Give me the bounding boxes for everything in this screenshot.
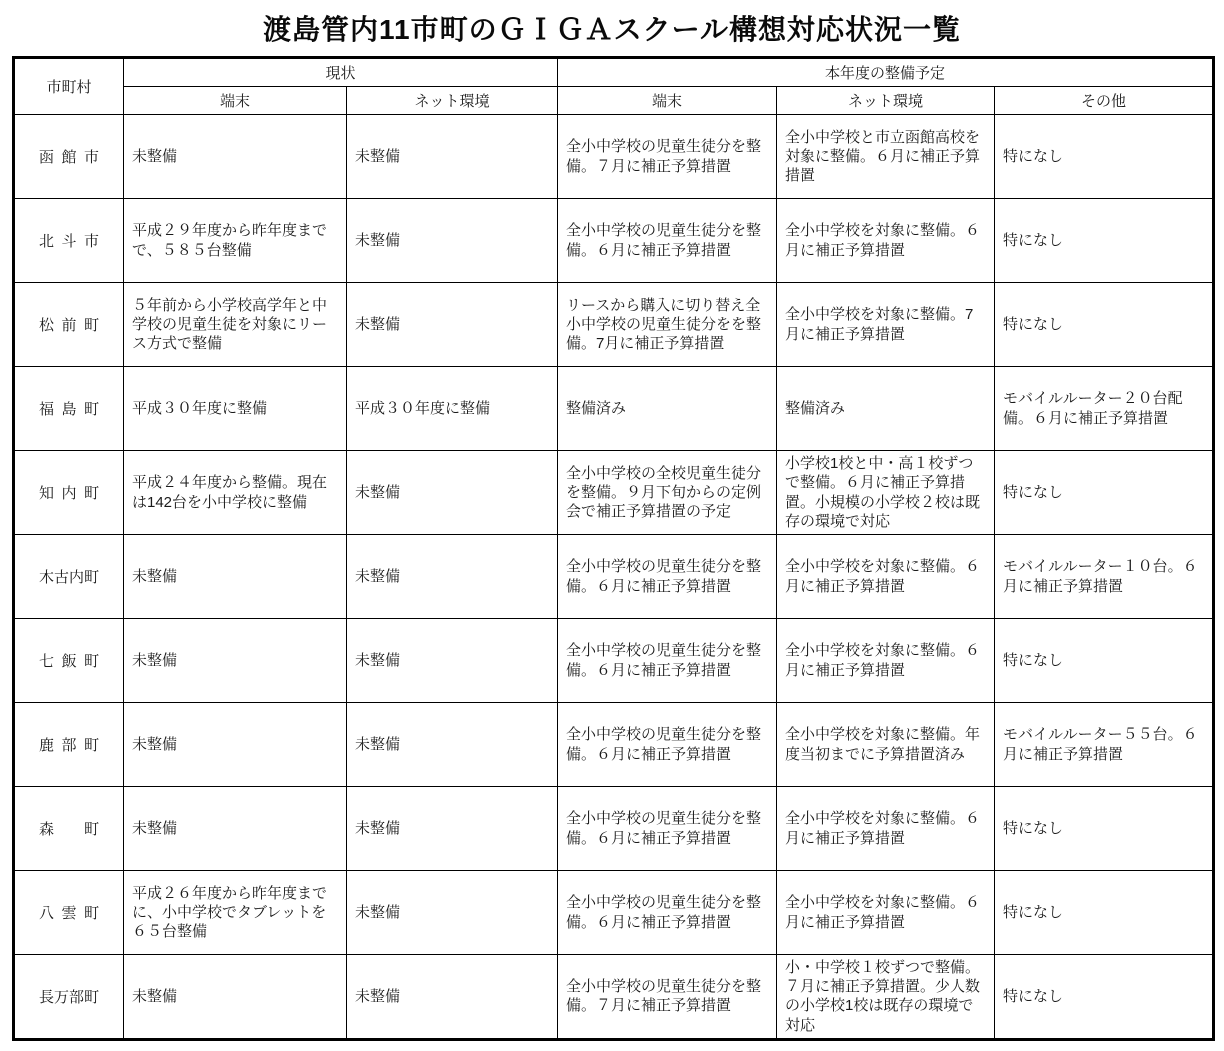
cell-current-device: 平成２６年度から昨年度までに、小中学校でタブレットを６５台整備 <box>124 871 347 955</box>
municipality-name: 長万部町 <box>39 986 99 1007</box>
cell-current-network: 未整備 <box>347 199 558 283</box>
cell-planned-device: 全小中学校の児童生徒分を整備。６月に補正予算措置 <box>558 871 777 955</box>
cell-other: 特になし <box>995 871 1214 955</box>
header-planned-network: ネット環境 <box>777 87 995 115</box>
cell-other: 特になし <box>995 619 1214 703</box>
table-row: 八雲町 平成２６年度から昨年度までに、小中学校でタブレットを６５台整備 未整備 … <box>14 871 1214 955</box>
municipality-name: 七飯町 <box>39 650 99 671</box>
cell-municipality: 福島町 <box>14 367 124 451</box>
cell-current-network: 未整備 <box>347 451 558 535</box>
cell-current-network: 未整備 <box>347 871 558 955</box>
cell-planned-device: 全小中学校の児童生徒分を整備。７月に補正予算措置 <box>558 115 777 199</box>
table-row: 鹿部町 未整備 未整備 全小中学校の児童生徒分を整備。６月に補正予算措置 全小中… <box>14 703 1214 787</box>
cell-current-device: 未整備 <box>124 535 347 619</box>
municipality-name: 森町 <box>39 818 99 839</box>
header-planned-device: 端末 <box>558 87 777 115</box>
municipality-name: 木古内町 <box>39 566 99 587</box>
document-page: 渡島管内11市町のＧＩＧＡスクール構想対応状況一覧 市町村 現状 本年度の整備予… <box>0 0 1224 1051</box>
cell-other: モバイルルーター１０台。６月に補正予算措置 <box>995 535 1214 619</box>
header-municipality: 市町村 <box>14 58 124 115</box>
cell-municipality: 七飯町 <box>14 619 124 703</box>
header-current-group: 現状 <box>124 58 558 87</box>
cell-municipality: 八雲町 <box>14 871 124 955</box>
cell-current-network: 未整備 <box>347 703 558 787</box>
cell-planned-network: 小学校1校と中・高１校ずつで整備。６月に補正予算措置。小規模の小学校２校は既存の… <box>777 451 995 535</box>
table-row: 木古内町 未整備 未整備 全小中学校の児童生徒分を整備。６月に補正予算措置 全小… <box>14 535 1214 619</box>
municipality-name: 函館市 <box>39 146 99 167</box>
cell-municipality: 松前町 <box>14 283 124 367</box>
cell-planned-network: 全小中学校を対象に整備。６月に補正予算措置 <box>777 787 995 871</box>
municipality-name: 知内町 <box>39 482 99 503</box>
cell-municipality: 鹿部町 <box>14 703 124 787</box>
cell-planned-device: 全小中学校の児童生徒分を整備。６月に補正予算措置 <box>558 703 777 787</box>
cell-planned-network: 全小中学校を対象に整備。年度当初までに予算措置済み <box>777 703 995 787</box>
table-row: 七飯町 未整備 未整備 全小中学校の児童生徒分を整備。６月に補正予算措置 全小中… <box>14 619 1214 703</box>
cell-planned-network: 全小中学校を対象に整備。６月に補正予算措置 <box>777 871 995 955</box>
table-row: 森町 未整備 未整備 全小中学校の児童生徒分を整備。６月に補正予算措置 全小中学… <box>14 787 1214 871</box>
cell-municipality: 森町 <box>14 787 124 871</box>
municipality-name: 北斗市 <box>39 230 99 251</box>
header-planned-group: 本年度の整備予定 <box>558 58 1214 87</box>
cell-planned-network: 全小中学校と市立函館高校を対象に整備。６月に補正予算措置 <box>777 115 995 199</box>
header-current-network: ネット環境 <box>347 87 558 115</box>
cell-current-network: 未整備 <box>347 535 558 619</box>
cell-planned-network: 小・中学校１校ずつで整備。７月に補正予算措置。少人数の小学校1校は既存の環境で対… <box>777 955 995 1040</box>
giga-status-table: 市町村 現状 本年度の整備予定 端末 ネット環境 端末 ネット環境 その他 函館… <box>12 56 1215 1041</box>
cell-current-device: 未整備 <box>124 787 347 871</box>
cell-other: 特になし <box>995 283 1214 367</box>
cell-current-device: 未整備 <box>124 619 347 703</box>
cell-other: 特になし <box>995 115 1214 199</box>
cell-current-network: 平成３０年度に整備 <box>347 367 558 451</box>
cell-current-device: ５年前から小学校高学年と中学校の児童生徒を対象にリース方式で整備 <box>124 283 347 367</box>
cell-current-network: 未整備 <box>347 787 558 871</box>
cell-current-device: 未整備 <box>124 955 347 1040</box>
cell-municipality: 知内町 <box>14 451 124 535</box>
cell-other: モバイルルーター２０台配備。６月に補正予算措置 <box>995 367 1214 451</box>
cell-municipality: 函館市 <box>14 115 124 199</box>
cell-current-network: 未整備 <box>347 283 558 367</box>
cell-planned-device: 全小中学校の児童生徒分を整備。６月に補正予算措置 <box>558 619 777 703</box>
cell-other: モバイルルーター５５台。６月に補正予算措置 <box>995 703 1214 787</box>
header-group-row: 市町村 現状 本年度の整備予定 <box>14 58 1214 87</box>
cell-planned-network: 整備済み <box>777 367 995 451</box>
cell-municipality: 長万部町 <box>14 955 124 1040</box>
cell-planned-device: 全小中学校の児童生徒分を整備。６月に補正予算措置 <box>558 535 777 619</box>
table-row: 知内町 平成２４年度から整備。現在は142台を小中学校に整備 未整備 全小中学校… <box>14 451 1214 535</box>
table-row: 松前町 ５年前から小学校高学年と中学校の児童生徒を対象にリース方式で整備 未整備… <box>14 283 1214 367</box>
cell-current-device: 平成２９年度から昨年度までで、５８５台整備 <box>124 199 347 283</box>
header-current-device: 端末 <box>124 87 347 115</box>
cell-planned-device: 全小中学校の児童生徒分を整備。７月に補正予算措置 <box>558 955 777 1040</box>
cell-planned-device: 整備済み <box>558 367 777 451</box>
cell-planned-device: 全小中学校の児童生徒分を整備。６月に補正予算措置 <box>558 199 777 283</box>
municipality-name: 福島町 <box>39 398 99 419</box>
cell-municipality: 木古内町 <box>14 535 124 619</box>
cell-municipality: 北斗市 <box>14 199 124 283</box>
cell-planned-network: 全小中学校を対象に整備。7月に補正予算措置 <box>777 283 995 367</box>
table-body: 函館市 未整備 未整備 全小中学校の児童生徒分を整備。７月に補正予算措置 全小中… <box>14 115 1214 1040</box>
cell-other: 特になし <box>995 199 1214 283</box>
municipality-name: 松前町 <box>39 314 99 335</box>
cell-other: 特になし <box>995 787 1214 871</box>
cell-current-network: 未整備 <box>347 619 558 703</box>
cell-planned-device: 全小中学校の全校児童生徒分を整備。９月下旬からの定例会で補正予算措置の予定 <box>558 451 777 535</box>
municipality-name: 八雲町 <box>39 902 99 923</box>
cell-current-device: 未整備 <box>124 703 347 787</box>
cell-other: 特になし <box>995 451 1214 535</box>
cell-current-device: 未整備 <box>124 115 347 199</box>
cell-current-device: 平成３０年度に整備 <box>124 367 347 451</box>
table-row: 福島町 平成３０年度に整備 平成３０年度に整備 整備済み 整備済み モバイルルー… <box>14 367 1214 451</box>
cell-planned-device: リースから購入に切り替え全小中学校の児童生徒分をを整備。7月に補正予算措置 <box>558 283 777 367</box>
table-header: 市町村 現状 本年度の整備予定 端末 ネット環境 端末 ネット環境 その他 <box>14 58 1214 115</box>
page-title: 渡島管内11市町のＧＩＧＡスクール構想対応状況一覧 <box>0 8 1224 48</box>
municipality-name: 鹿部町 <box>39 734 99 755</box>
cell-planned-device: 全小中学校の児童生徒分を整備。６月に補正予算措置 <box>558 787 777 871</box>
header-other: その他 <box>995 87 1214 115</box>
cell-current-network: 未整備 <box>347 955 558 1040</box>
cell-current-device: 平成２４年度から整備。現在は142台を小中学校に整備 <box>124 451 347 535</box>
table-row: 北斗市 平成２９年度から昨年度までで、５８５台整備 未整備 全小中学校の児童生徒… <box>14 199 1214 283</box>
cell-current-network: 未整備 <box>347 115 558 199</box>
cell-planned-network: 全小中学校を対象に整備。６月に補正予算措置 <box>777 619 995 703</box>
table-row: 長万部町 未整備 未整備 全小中学校の児童生徒分を整備。７月に補正予算措置 小・… <box>14 955 1214 1040</box>
cell-planned-network: 全小中学校を対象に整備。６月に補正予算措置 <box>777 535 995 619</box>
cell-planned-network: 全小中学校を対象に整備。６月に補正予算措置 <box>777 199 995 283</box>
table-row: 函館市 未整備 未整備 全小中学校の児童生徒分を整備。７月に補正予算措置 全小中… <box>14 115 1214 199</box>
header-sub-row: 端末 ネット環境 端末 ネット環境 その他 <box>14 87 1214 115</box>
cell-other: 特になし <box>995 955 1214 1040</box>
